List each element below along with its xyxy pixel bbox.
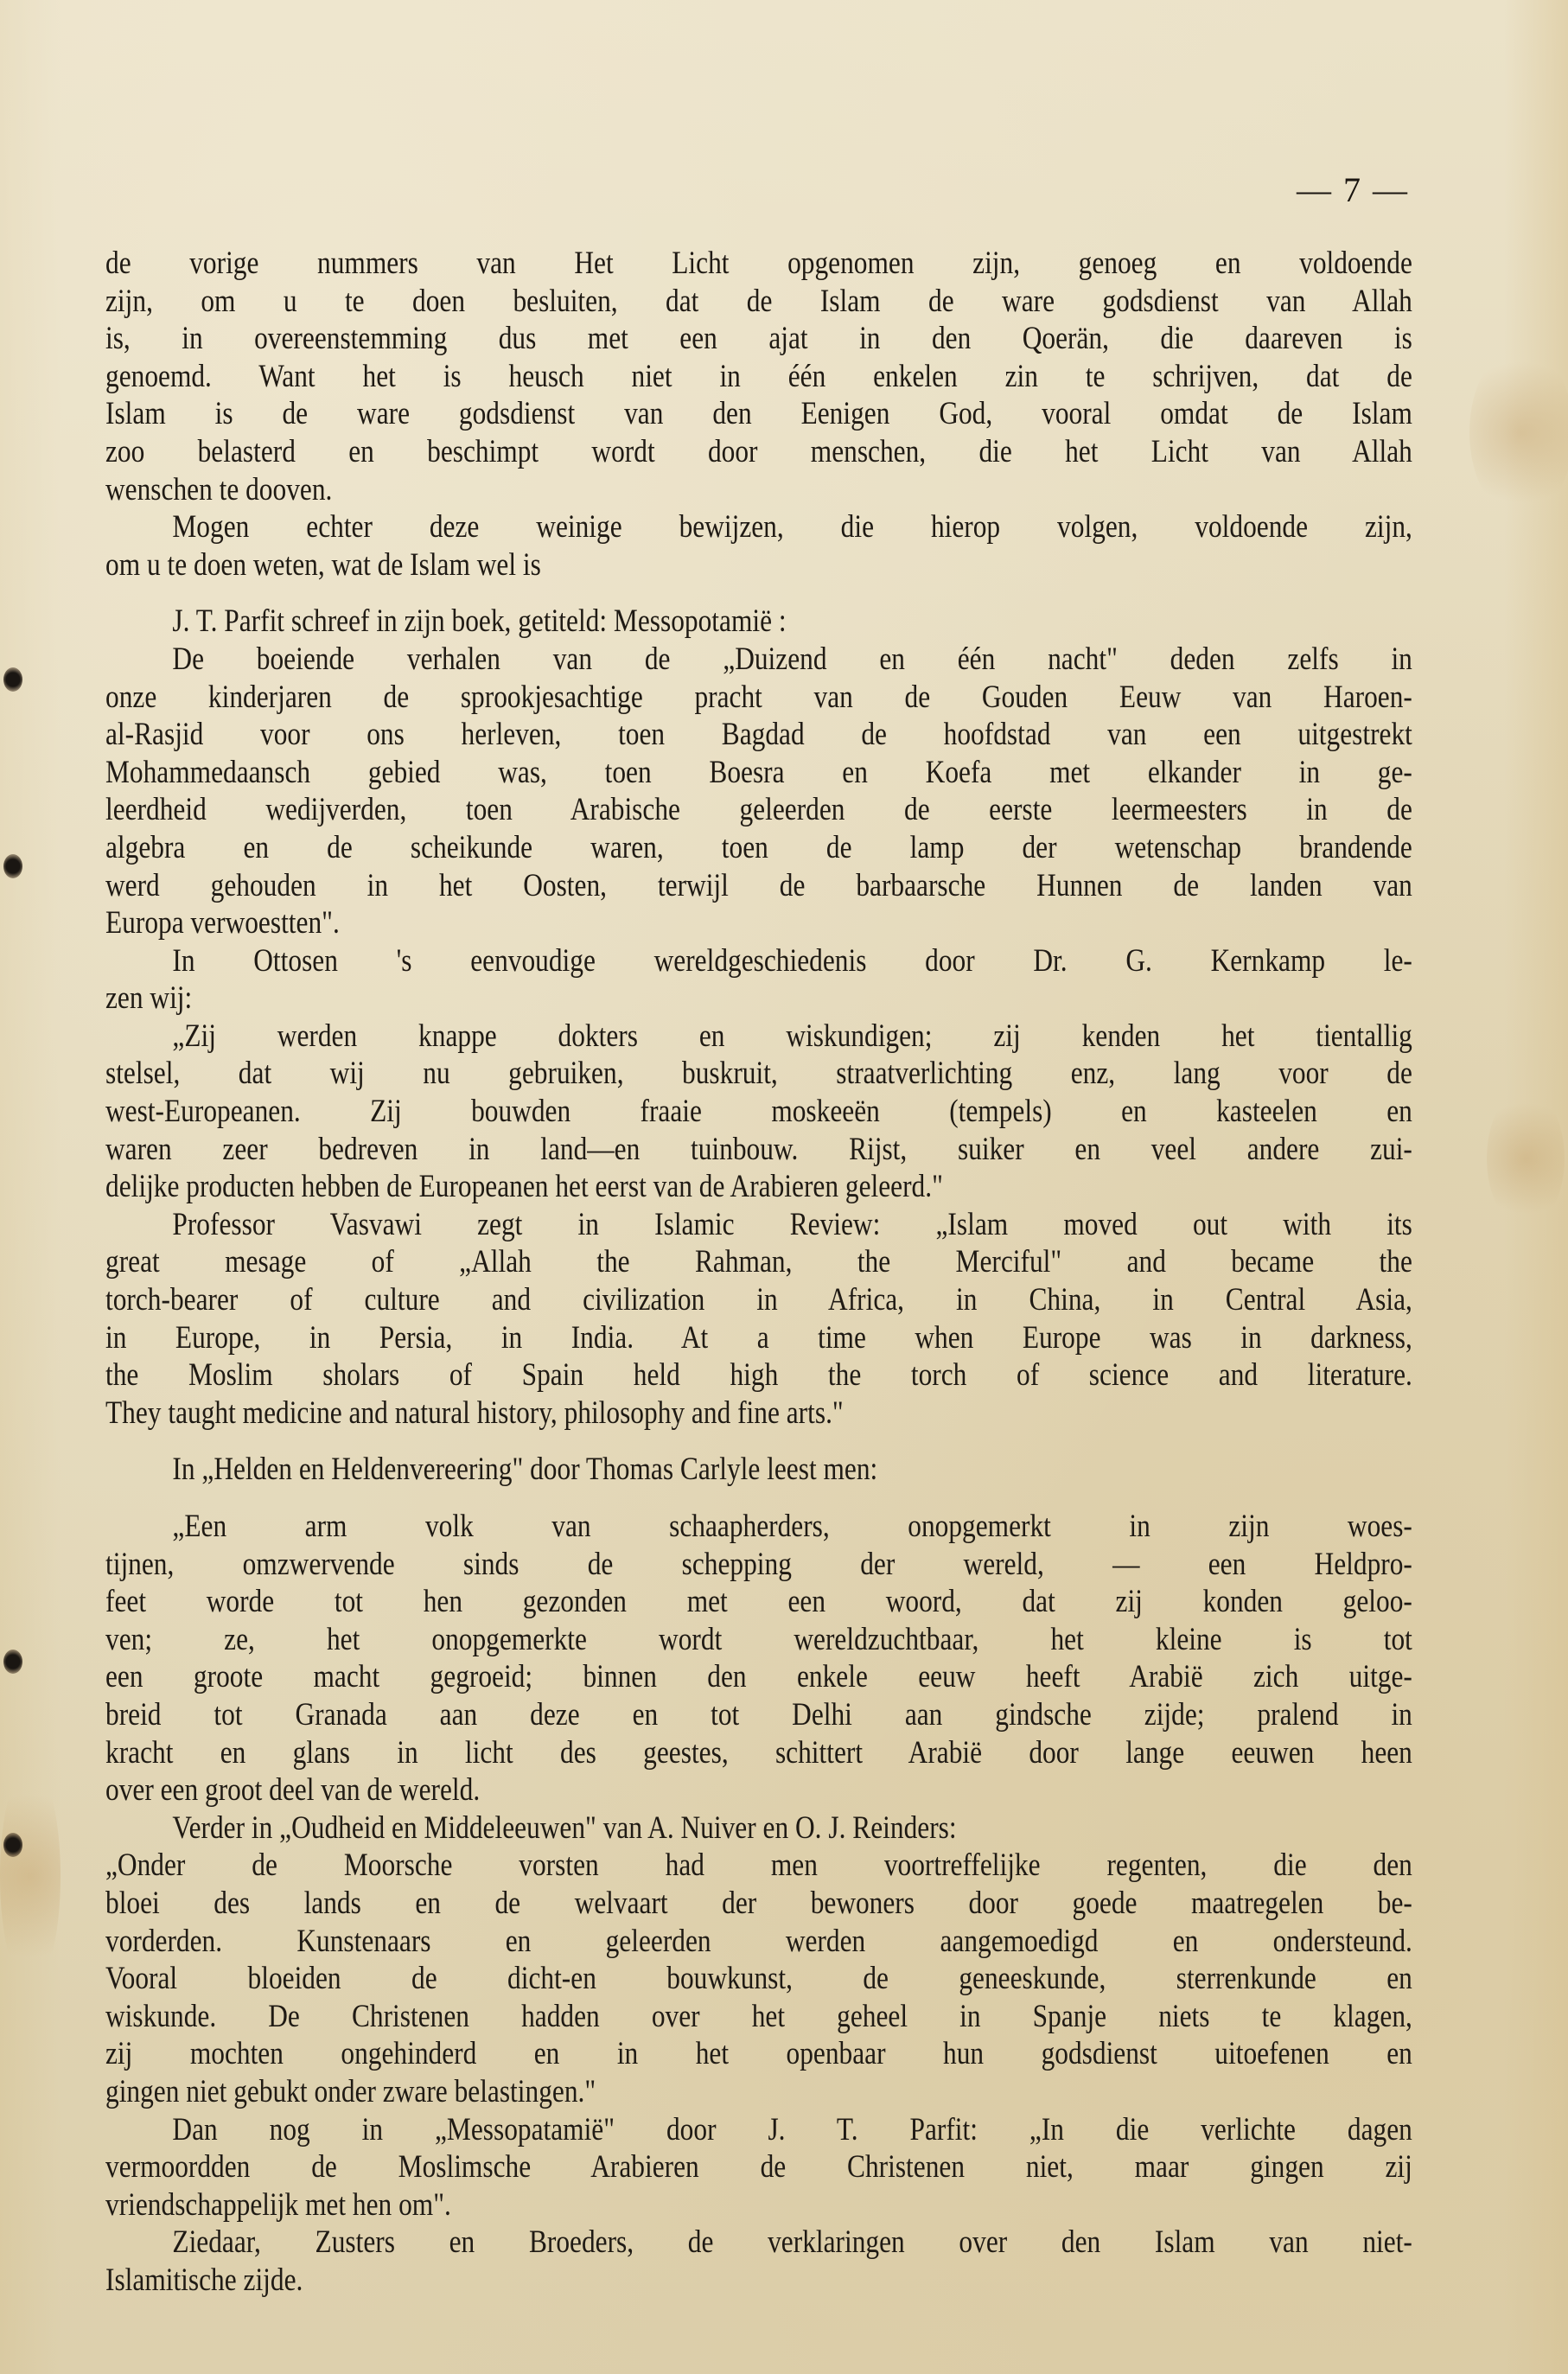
punch-hole [3, 854, 22, 878]
paragraph: Dan nog in „Messopatamië" door J. T. Par… [105, 2110, 1412, 2224]
text-line: In Ottosen 's eenvoudige wereldgeschiede… [105, 941, 1412, 980]
text-line: algebra en de scheikunde waren, toen de … [105, 828, 1412, 866]
punch-hole [3, 667, 22, 692]
paragraph: Professor Vasvawi zegt in Islamic Review… [105, 1205, 1412, 1432]
paper-stain [0, 1764, 61, 1988]
text-line: zoo belasterd en beschimpt wordt door me… [105, 432, 1412, 470]
text-line: Mohammedaansch gebied was, toen Boesra e… [105, 753, 1412, 791]
paragraph: In Ottosen 's eenvoudige wereldgeschiede… [105, 941, 1412, 1017]
paragraph: Mogen echter deze weinige bewijzen, die … [105, 507, 1412, 583]
paper-stain [1487, 1089, 1565, 1228]
punch-hole [3, 1650, 22, 1674]
text-line: werd gehouden in het Oosten, terwijl de … [105, 866, 1412, 904]
text-line: Ziedaar, Zusters en Broeders, de verklar… [105, 2223, 1412, 2261]
text-line: een groote macht gegroeid; binnen den en… [105, 1657, 1412, 1695]
text-line: vriendschappelijk met hen om". [105, 2186, 1412, 2224]
text-line: „Een arm volk van schaapherders, onopgem… [105, 1507, 1412, 1545]
text-line: vermoordden de Moslimsche Arabieren de C… [105, 2147, 1412, 2186]
paragraph: „Een arm volk van schaapherders, onopgem… [105, 1507, 1412, 1809]
text-line: breid tot Granada aan deze en tot Delhi … [105, 1695, 1412, 1733]
text-line: wiskunde. De Christenen hadden over het … [105, 1997, 1412, 2035]
text-line: kracht en glans in licht des geestes, sc… [105, 1733, 1412, 1771]
paragraph: De boeiende verhalen van de „Duizend en … [105, 640, 1412, 941]
text-line: Vooral bloeiden de dicht-en bouwkunst, d… [105, 1959, 1412, 1997]
text-line: „Onder de Moorsche vorsten had men voort… [105, 1846, 1412, 1884]
text-line: wenschen te dooven. [105, 470, 1412, 508]
text-line: onze kinderjaren de sprookjesachtige pra… [105, 678, 1412, 716]
text-line: Mogen echter deze weinige bewijzen, die … [105, 507, 1412, 546]
text-line: stelsel, dat wij nu gebruiken, buskruit,… [105, 1054, 1412, 1092]
paragraph: Verder in „Oudheid en Middeleeuwen" van … [105, 1809, 1412, 1847]
text-line: J. T. Parfit schreef in zijn boek, getit… [105, 602, 1412, 640]
page-number: — 7 — [1297, 169, 1409, 210]
text-line: al-Rasjid voor ons herleven, toen Bagdad… [105, 715, 1412, 753]
text-line: Dan nog in „Messopatamië" door J. T. Par… [105, 2110, 1412, 2148]
text-line: zijn, om u te doen besluiten, dat de Isl… [105, 282, 1412, 320]
paragraph: J. T. Parfit schreef in zijn boek, getit… [105, 602, 1412, 640]
text-line: is, in overeenstemming dus met een ajat … [105, 319, 1412, 357]
paragraph: Ziedaar, Zusters en Broeders, de verklar… [105, 2223, 1412, 2298]
punch-hole [3, 1833, 22, 1857]
text-line: om u te doen weten, wat de Islam wel is [105, 546, 1412, 584]
text-line: gingen niet gebukt onder zware belasting… [105, 2072, 1412, 2110]
text-line: de vorige nummers van Het Licht opgenome… [105, 244, 1412, 282]
text-line: Professor Vasvawi zegt in Islamic Review… [105, 1205, 1412, 1243]
text-line: delijke producten hebben de Europeanen h… [105, 1167, 1412, 1205]
text-line: in Europe, in Persia, in India. At a tim… [105, 1318, 1412, 1356]
text-line: ven; ze, het onopgemerkte wordt wereldzu… [105, 1620, 1412, 1658]
text-line: Islamitische zijde. [105, 2261, 1412, 2299]
text-line: the Moslim sholars of Spain held high th… [105, 1356, 1412, 1394]
text-line: bloei des lands en de welvaart der bewon… [105, 1884, 1412, 1922]
text-line: west-Europeanen. Zij bouwden fraaie mosk… [105, 1092, 1412, 1130]
text-line: De boeiende verhalen van de „Duizend en … [105, 640, 1412, 678]
text-line: tijnen, omzwervende sinds de schepping d… [105, 1545, 1412, 1583]
text-line: In „Helden en Heldenvereering" door Thom… [105, 1450, 1412, 1488]
body-text: de vorige nummers van Het Licht opgenome… [105, 244, 1412, 2298]
text-line: Verder in „Oudheid en Middeleeuwen" van … [105, 1809, 1412, 1847]
text-line: over een groot deel van de wereld. [105, 1771, 1412, 1809]
text-line: torch-bearer of culture and civilization… [105, 1280, 1412, 1318]
text-line: feet worde tot hen gezonden met een woor… [105, 1582, 1412, 1620]
text-line: Europa verwoestten". [105, 903, 1412, 941]
text-line: leerdheid wedijverden, toen Arabische ge… [105, 790, 1412, 828]
text-line: Islam is de ware godsdienst van den Eeni… [105, 394, 1412, 432]
text-line: „Zij werden knappe dokters en wiskundige… [105, 1017, 1412, 1055]
paragraph: In „Helden en Heldenvereering" door Thom… [105, 1450, 1412, 1488]
paragraph: „Onder de Moorsche vorsten had men voort… [105, 1846, 1412, 2109]
text-line: zij mochten ongehinderd en in het openba… [105, 2034, 1412, 2072]
text-line: zen wij: [105, 979, 1412, 1017]
text-line: great mesage of „Allah the Rahman, the M… [105, 1242, 1412, 1280]
text-line: genoemd. Want het is heusch niet in één … [105, 357, 1412, 395]
paragraph: „Zij werden knappe dokters en wiskundige… [105, 1017, 1412, 1205]
paragraph: de vorige nummers van Het Licht opgenome… [105, 244, 1412, 507]
text-line: They taught medicine and natural history… [105, 1394, 1412, 1432]
text-line: vorderden. Kunstenaars en geleerden werd… [105, 1922, 1412, 1960]
paper-stain [1469, 346, 1568, 519]
text-line: waren zeer bedreven in land—en tuinbouw.… [105, 1130, 1412, 1168]
